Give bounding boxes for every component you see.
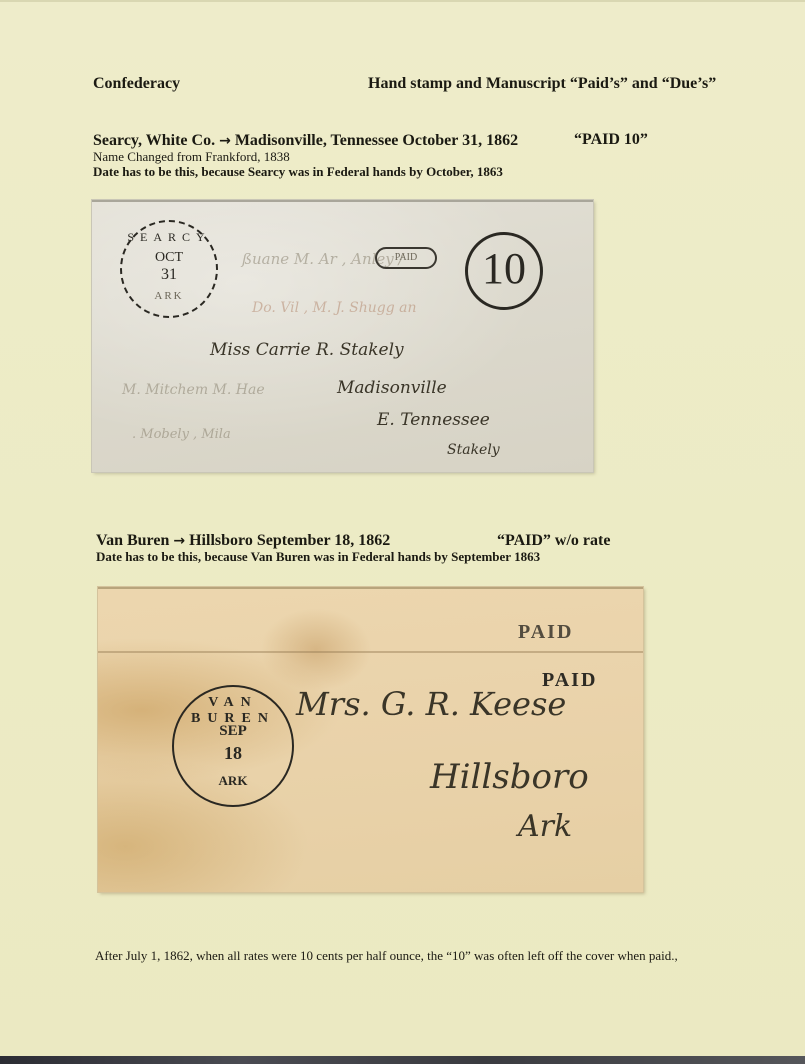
cover2-address-line-1: Mrs. G. R. Keese [296,685,566,723]
cover1-note-date: Date has to be this, because Searcy was … [93,164,503,180]
cover1-postmark: SEARCY OCT 31 ARK [120,220,218,318]
cover1-address-line-1: Miss Carrie R. Stakely [210,340,404,360]
cover1-faint-writing-2: Do. Vil , M. J. Shugg an [252,300,417,316]
cover1-faint-writing-4: . Mobely , Mila [132,427,231,442]
cover2-fold-line [98,651,643,653]
cover1-rate-marking: 10 [468,241,540,297]
cover1-marking-type: “PAID 10” [574,131,648,149]
footer-note: After July 1, 1862, when all rates were … [95,948,678,964]
cover2-marking-type: “PAID” w/o rate [497,532,610,550]
cover2-envelope-image: PAID PAID VAN BUREN SEP 18 ARK Mrs. G. R… [98,587,643,892]
cover1-address-line-4: Stakely [447,442,500,458]
cover2-origin: Van Buren [96,532,169,549]
cover1-address-line-2: Madisonville [337,378,447,398]
page-header-right: Hand stamp and Manuscript “Paid’s” and “… [368,75,716,93]
page-top-edge [0,0,805,2]
cover2-destination: Hillsboro September 18, 1862 [189,532,390,549]
cover2-postmark-month: SEP [174,723,292,740]
cover2-note-date: Date has to be this, because Van Buren w… [96,549,540,565]
cover1-destination: Madisonville, Tennessee October 31, 1862 [235,132,518,149]
cover2-paid-marking-1: PAID [518,621,573,644]
cover2-postmark-day: 18 [174,743,292,764]
cover1-postmark-day: 31 [122,266,216,284]
cover1-rate-circle: 10 [465,232,543,310]
cover1-origin: Searcy, White Co. [93,132,215,149]
cover2-postmark: VAN BUREN SEP 18 ARK [172,685,294,807]
cover1-envelope-image: ßuane M. Ar , Anley / Do. Vil , M. J. Sh… [92,200,593,472]
scan-bottom-edge [0,1056,805,1064]
cover1-boxed-paid: PAID [375,247,437,269]
page-header-left: Confederacy [93,75,180,93]
cover1-faint-writing-3: M. Mitchem M. Hae [122,382,265,398]
cover1-postmark-month: OCT [122,250,216,266]
cover1-address-line-3: E. Tennessee [377,410,490,430]
cover1-note-name-change: Name Changed from Frankford, 1838 [93,149,290,165]
cover2-address-line-2: Hillsboro [430,757,589,797]
cover2-address-line-3: Ark [518,809,572,844]
arrow-right-icon: → [173,533,185,549]
cover1-postmark-town: SEARCY [122,230,216,245]
cover1-postmark-state: ARK [122,290,216,302]
cover2-postmark-state: ARK [174,773,292,789]
arrow-right-icon: → [219,133,231,149]
cover1-title: Searcy, White Co. → Madisonville, Tennes… [93,132,518,150]
cover2-title: Van Buren → Hillsboro September 18, 1862 [96,532,390,550]
